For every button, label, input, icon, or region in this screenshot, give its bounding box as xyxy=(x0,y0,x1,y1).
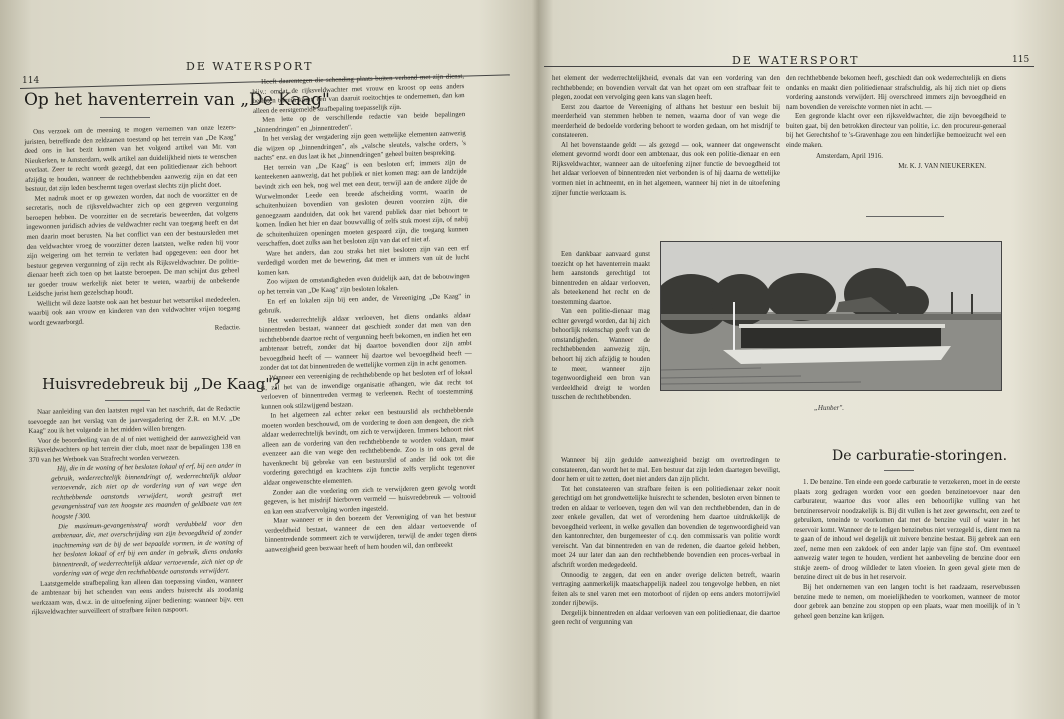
left-page: 114 DE WATERSPORT Op het haventerrein va… xyxy=(0,0,532,719)
right-column-1-narrow: Een dankbaar aanvaard gunst toezicht op … xyxy=(552,250,650,403)
article2-column-1: Naar aanleiding van den laatsten regel v… xyxy=(28,404,244,618)
paragraph: Bij het ondernemen van een langen tocht … xyxy=(794,583,1020,621)
paragraph: Laatstgemelde strafbepaling kan alleen d… xyxy=(31,576,244,618)
title-ornament xyxy=(105,400,150,401)
paragraph: Heeft daarentegen die schending plaats b… xyxy=(252,72,465,116)
paragraph: Al het bovenstaande geldt — als gezegd —… xyxy=(552,141,780,198)
article-title: De carburatie-storingen. xyxy=(832,448,1007,464)
law-quote: Die maximum-gevangenisstraf wordt verdub… xyxy=(52,519,243,580)
paragraph: Eerst zou daartoe de Vereeniging of alth… xyxy=(552,103,780,141)
article-title: Huisvredebreuk bij „De Kaag"? xyxy=(42,375,280,393)
paragraph: Het terrein van „De Kaag" is een beslote… xyxy=(254,158,468,250)
paragraph: Wanneer bij zijn gedulde aanwezigheid be… xyxy=(552,456,780,485)
paragraph: Maar wanneer er in den boezem der Vereen… xyxy=(264,511,477,555)
boat-photo-image xyxy=(661,242,1001,390)
paragraph: Het wederrechtelijk aldaar verloeven, he… xyxy=(259,311,473,374)
paragraph: Wanneer een vereeniging de rechthebbende… xyxy=(260,368,473,412)
paragraph: Een dankbaar aanvaard gunst toezicht op … xyxy=(552,250,650,307)
photo-caption: „Hunber". xyxy=(814,404,844,412)
article1-column: Ons verzoek om de meening te mogen verne… xyxy=(24,123,241,338)
paragraph: Onnoodig te zeggen, dat een en ander ove… xyxy=(552,571,780,609)
end-ornament xyxy=(866,216,944,217)
paragraph: Een gegronde klacht over een rijksveldwa… xyxy=(786,112,1006,150)
paragraph: Met nadruk moet er op gewezen worden, da… xyxy=(26,190,240,300)
right-column-2: den rechthebbende bekomen heeft, geschie… xyxy=(786,74,1006,171)
paragraph: In het algemeen zal echter zeker een bes… xyxy=(261,406,475,488)
paragraph: Voor de beoordeeling van de al of niet w… xyxy=(28,433,240,465)
page-number: 115 xyxy=(1012,55,1029,65)
paragraph: Naar aanleiding van den laatsten regel v… xyxy=(28,404,240,436)
paragraph: Van een politie-dienaar mag echter gever… xyxy=(552,307,650,402)
header-rule xyxy=(544,66,1034,67)
paragraph: Dergelijk binnentreden en aldaar verloev… xyxy=(552,609,780,628)
paragraph: Ons verzoek om de meening te mogen verne… xyxy=(24,123,237,195)
paragraph: Tot het constateeren van strafbare feite… xyxy=(552,485,780,571)
boat-photo xyxy=(660,241,1002,391)
right-column-1: het element der wederrechtelijkheid, eve… xyxy=(552,74,780,198)
paragraph: het element der wederrechtelijkheid, eve… xyxy=(552,74,780,103)
article2-column-2: Heeft daarentegen die schending plaats b… xyxy=(252,72,477,555)
author: Mr. K. J. VAN NIEUKERKEN. xyxy=(786,162,986,172)
dateline: Amsterdam, April 1916. xyxy=(816,152,1006,162)
paragraph: den rechthebbende bekomen heeft, geschie… xyxy=(786,74,1006,112)
page-number: 114 xyxy=(22,76,39,86)
magazine-spread: 114 DE WATERSPORT Op het haventerrein va… xyxy=(0,0,1064,719)
carburatie-column: 1. De benzine. Ten einde een goede carbu… xyxy=(794,478,1020,621)
title-ornament xyxy=(884,470,914,471)
right-column-1-lower: Wanneer bij zijn gedulde aanwezigheid be… xyxy=(552,456,780,628)
running-title: DE WATERSPORT xyxy=(186,60,313,73)
title-ornament xyxy=(100,117,150,118)
law-quote: Hij, die in de woning of het besloten lo… xyxy=(51,462,242,523)
paragraph: 1. De benzine. Ten einde een goede carbu… xyxy=(794,478,1020,583)
